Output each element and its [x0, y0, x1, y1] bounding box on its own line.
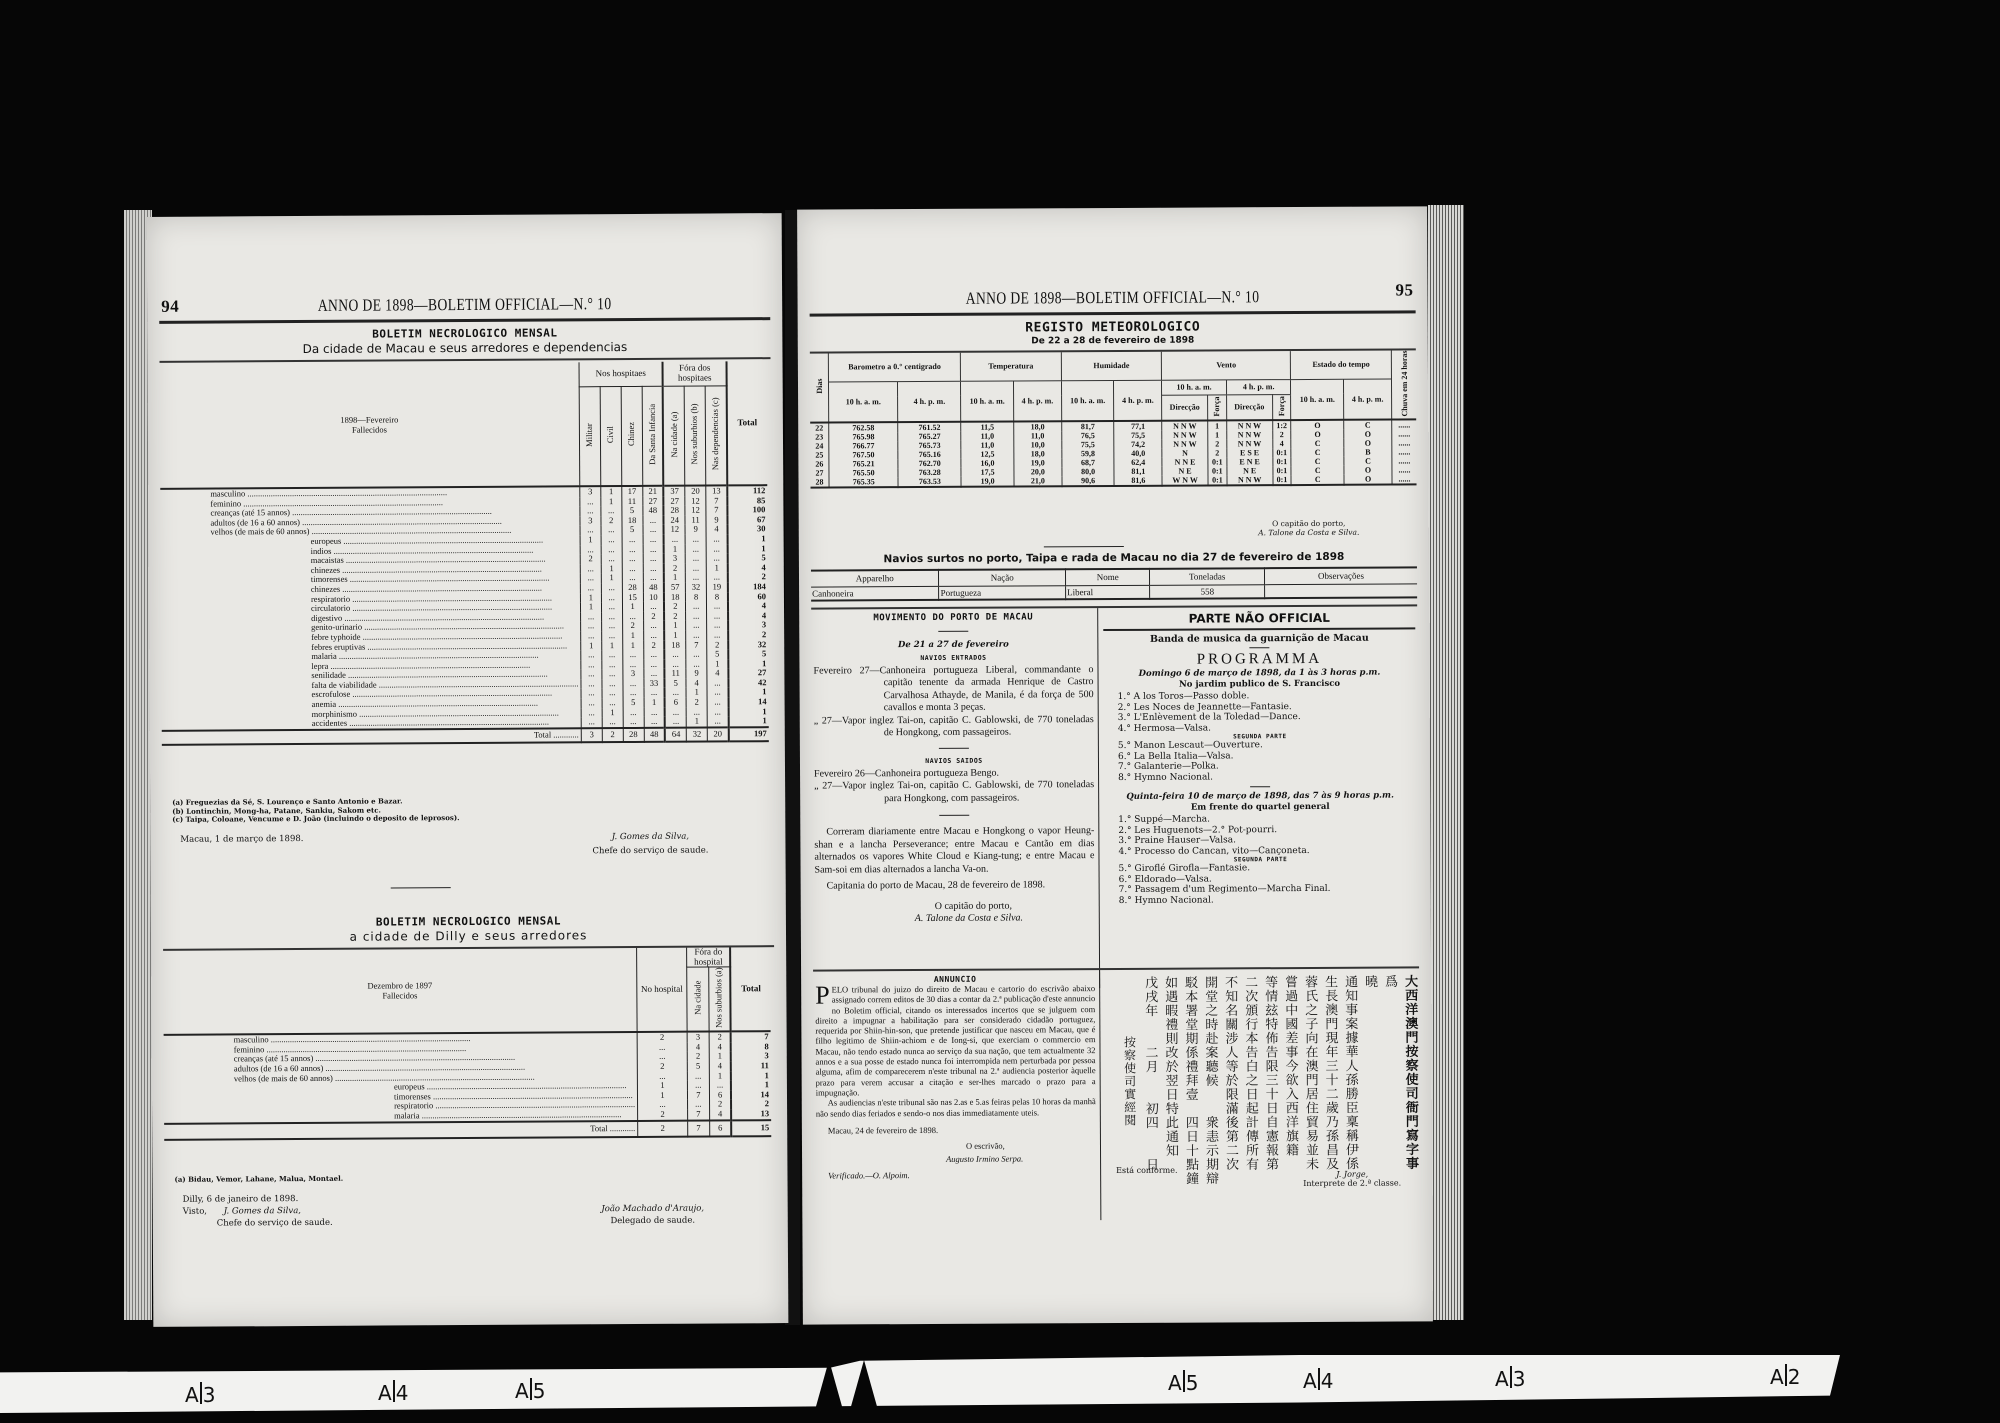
- cell-value: ...: [707, 717, 728, 728]
- meteo-cell-est-pm: B: [1344, 448, 1392, 457]
- temp-am-header: 10 h. a. m.: [961, 381, 1014, 422]
- marker-bar: [1510, 1366, 1512, 1388]
- meteo-cell-bar-am: 766.77: [829, 441, 898, 450]
- meteo-cell-f-am: 2: [1208, 448, 1227, 457]
- meteo-cell-dir-pm: N E: [1227, 466, 1273, 475]
- movimento-signature-name: A. Talone da Costa e Silva.: [815, 912, 1095, 926]
- meteo-signature: O capitão do porto, A. Talone da Costa e…: [1199, 518, 1419, 537]
- meteo-cell-temp-am: 12,5: [961, 450, 1014, 459]
- meteo-cell-hum-am: 80,0: [1062, 467, 1115, 476]
- total-value: 32: [686, 727, 707, 741]
- chinese-column: 二次頒行本告白之日起計傳所有: [1241, 975, 1258, 1200]
- col-no-hospital: No hospital: [637, 948, 687, 1033]
- necro-macau-table: 1898—Fevereiro Fallecidos Nos hospitaes …: [160, 361, 769, 746]
- meteo-cell-bar-pm: 765.16: [898, 450, 961, 459]
- voyage-text: Vapor inglez Tai-on, capitão C. Gablowsk…: [842, 779, 1094, 804]
- meteo-signature-name: A. Talone da Costa e Silva.: [1199, 527, 1419, 537]
- total-value: 64: [665, 728, 686, 742]
- meteo-cell-bar-pm: 763.53: [898, 477, 961, 487]
- chinese-column: 等情玆特佈告限三十日自憲報第: [1261, 975, 1278, 1200]
- meteo-cell-bar-am: 762.58: [829, 422, 898, 432]
- meteo-cell-bar-pm: 763.28: [898, 468, 961, 477]
- total-value: 2: [602, 728, 623, 742]
- voyage-date: „ 27—: [814, 780, 842, 791]
- annuncio-paragraph1: PELO tribunal do juizo do direito de Mac…: [815, 983, 1096, 1098]
- section-divider: [1044, 546, 1124, 547]
- page-number: 94: [161, 297, 179, 317]
- voyage-entry: „ 27—Vapor inglez Tai-on, capitão C. Gab…: [814, 779, 1094, 805]
- meteo-cell-dir-am: N N W: [1162, 421, 1208, 431]
- running-header-right: ANNO DE 1898—BOLETIM OFFICIAL—N.° 10 95: [798, 286, 1428, 311]
- row-total: 1: [729, 716, 769, 727]
- meteo-cell-dia: 26: [810, 460, 829, 469]
- chinese-column: 生長澳門現年三十二歲乃孫昌及: [1321, 975, 1338, 1200]
- total-value: 6: [709, 1120, 731, 1136]
- dir-pm-header: Direcção: [1226, 394, 1272, 420]
- col-estado: Estado do tempo: [1291, 351, 1392, 380]
- total-row: Total ............27615: [164, 1120, 771, 1140]
- column-divider: [1099, 970, 1101, 1220]
- hum-pm-header: 4 h. p. m.: [1114, 380, 1162, 421]
- concert2-part1: 1.° Suppé—Marcha.2.° Les Huguenots—2.° P…: [1104, 813, 1416, 857]
- group-header-outside: Fóra dos hospitaes: [663, 361, 727, 385]
- marker-number: 4: [1321, 1369, 1334, 1393]
- marker-bar: [1318, 1368, 1320, 1390]
- program-item: 8.° Hymno Nacional.: [1104, 771, 1416, 783]
- film-marker: A4: [1303, 1368, 1333, 1393]
- meteo-cell-temp-pm: 20,0: [1014, 467, 1062, 476]
- saidos-list: Fevereiro 26—Canhoneira portugueza Bengo…: [814, 767, 1094, 806]
- meteo-cell-hum-am: 90,6: [1062, 476, 1115, 486]
- strip-notch: [815, 1360, 843, 1410]
- meteo-cell-f-am: 1: [1208, 420, 1227, 430]
- concert2-when: Quinta-feira 10 de março de 1898, das 7 …: [1104, 790, 1416, 802]
- film-marker: A5: [515, 1378, 545, 1403]
- meteo-cell-bar-pm: 761.52: [898, 422, 961, 432]
- meteo-cell-hum-pm: 74,2: [1114, 440, 1162, 449]
- meteo-cell-dir-am: N N E: [1162, 458, 1208, 467]
- cell-value: ...: [623, 717, 644, 728]
- voyage-text: Canhoneira portugueza Bengo.: [875, 767, 999, 779]
- total-label: Total ............: [162, 728, 582, 745]
- running-header-left: 94 ANNO DE 1898—BOLETIM OFFICIAL—N.° 10: [147, 293, 782, 319]
- col-militar: Militar: [585, 423, 595, 447]
- marker-letter: A: [1495, 1367, 1509, 1391]
- dir-am-header: Direcção: [1162, 395, 1208, 421]
- concert1-when: Domingo 6 de março de 1898, da 1 às 3 ho…: [1103, 667, 1415, 679]
- marker-letter: A: [1770, 1365, 1784, 1389]
- necro-macau-rows: masculino311721372013112feminino...11127…: [160, 485, 769, 745]
- row-label-text: anemia: [312, 698, 538, 709]
- movimento-title: MOVIMENTO DO PORTO DE MACAU: [813, 612, 1093, 623]
- visto-role: Chefe do serviço de saude.: [217, 1218, 333, 1229]
- marker-bar: [1785, 1364, 1787, 1386]
- meteo-cell-est-pm: O: [1344, 466, 1392, 475]
- divider: [938, 631, 968, 632]
- meteo-cell-est-am: C: [1291, 439, 1344, 448]
- meteo-cell-f-pm: 1:2: [1272, 420, 1291, 430]
- movimento-section: MOVIMENTO DO PORTO DE MACAU De 21 a 27 d…: [813, 612, 1095, 926]
- cell-value: 4: [709, 1109, 731, 1120]
- col-civil: Civil: [606, 426, 616, 443]
- row-total: 13: [732, 1109, 772, 1120]
- meteo-cell-bar-pm: 765.73: [898, 441, 961, 450]
- stub-header: 1898—Fevereiro Fallecidos: [160, 362, 580, 489]
- meteo-cell-f-pm: 4: [1272, 439, 1291, 448]
- meteo-cell-est-pm: C: [1344, 420, 1392, 430]
- entrados-title: NAVIOS ENTRADOS: [813, 653, 1093, 662]
- meteo-cell-dir-am: N E: [1162, 467, 1208, 476]
- meteo-cell-temp-am: 11,5: [961, 422, 1014, 432]
- meteo-cell-chuva: ......: [1392, 465, 1417, 474]
- estado-am-header: 10 h. a. m.: [1291, 379, 1344, 420]
- voyage-entry: Fevereiro 27—Canhoneira portugueza Liber…: [813, 664, 1093, 715]
- cell-value: 2: [638, 1110, 688, 1121]
- meteo-subtitle: De 22 a 28 de fevereiro de 1898: [798, 334, 1428, 347]
- total-value: 2: [638, 1120, 688, 1136]
- meteo-cell-temp-am: 11,0: [961, 441, 1014, 450]
- film-marker: A4: [378, 1380, 408, 1405]
- row-label-text: masculino: [210, 487, 447, 498]
- chinese-column: 蓉氏之子向在澳門居住貿易並未: [1301, 975, 1318, 1200]
- meteo-cell-f-am: 2: [1208, 439, 1227, 448]
- programma-title: PROGRAMMA: [1103, 650, 1415, 669]
- grand-total: 197: [729, 727, 769, 741]
- chinese-column: 曉: [1361, 975, 1378, 1200]
- concert1-part2: 5.° Manon Lescaut—Ouverture.6.° La Bella…: [1104, 739, 1416, 783]
- meteo-cell-dia: 27: [810, 469, 829, 478]
- meteo-cell-dia: 23: [810, 433, 829, 442]
- film-marker: A3: [1495, 1366, 1525, 1391]
- chinese-column: 通知事案據華人孫勝臣稟稱伊係: [1341, 975, 1358, 1200]
- cell-value: ...: [665, 717, 686, 728]
- ship-nacao: Portugueza: [939, 585, 1066, 600]
- meteo-cell-f-pm: 0:1: [1272, 457, 1291, 466]
- page-number: 95: [1395, 280, 1413, 300]
- meteo-cell-est-am: C: [1291, 475, 1344, 485]
- necro-dilly-footnote: (a) Bidau, Vemor, Lahane, Malua, Montael…: [174, 1174, 343, 1186]
- total-value: 20: [707, 727, 728, 741]
- meteo-cell-hum-am: 68,7: [1062, 458, 1115, 467]
- meteo-cell-hum-pm: 77,1: [1114, 421, 1162, 431]
- meteo-cell-hum-pm: 81,1: [1114, 467, 1162, 476]
- total-value: 28: [623, 728, 644, 742]
- meteo-cell-chuva: ......: [1392, 447, 1417, 456]
- col-chinez: Chinez: [627, 422, 637, 446]
- meteo-cell-est-am: C: [1291, 466, 1344, 475]
- meteo-cell-dir-am: N N W: [1162, 431, 1208, 440]
- vento-pm-header: 4 h. p. m.: [1226, 379, 1291, 394]
- meteo-cell-est-pm: C: [1344, 457, 1392, 466]
- chinese-column: 爲: [1381, 975, 1398, 1200]
- parte-title: PARTE NÃO OFFICIAL: [1103, 610, 1415, 626]
- necro-macau-subtitle: Da cidade de Macau e seus arredores e de…: [147, 339, 782, 357]
- film-strip: [0, 1355, 1840, 1413]
- movimento-period: De 21 a 27 de fevereiro: [813, 639, 1093, 651]
- section-divider: [391, 887, 451, 888]
- concert1-part1: 1.° A los Toros—Passo doble.2.° Les Noce…: [1104, 690, 1416, 734]
- strip-notch: [850, 1360, 878, 1410]
- chinese-notice: 大西洋澳門按察使司衙門寫字事爲曉通知事案據華人孫勝臣稟稱伊係生長澳門現年三十二歲…: [1103, 974, 1418, 1216]
- right-page: ANNO DE 1898—BOLETIM OFFICIAL—N.° 10 95 …: [797, 206, 1433, 1324]
- col-na-cidade: Na cidade (a): [669, 411, 679, 457]
- hum-am-header: 10 h. a. m.: [1061, 380, 1114, 421]
- meteo-cell-est-am: C: [1291, 457, 1344, 466]
- necro-dilly-place-date: Dilly, 6 de janeiro de 1898.: [183, 1194, 299, 1205]
- interprete-signature: J. Jorge, Interprete de 2.ª classe.: [1292, 1169, 1412, 1188]
- chinese-signature: 按察使司實經閱: [1121, 1036, 1138, 1201]
- concert1-where: No jardim publico de S. Francisco: [1104, 678, 1416, 690]
- entrados-list: Fevereiro 27—Canhoneira portugueza Liber…: [813, 664, 1093, 740]
- col-humidade: Humidade: [1061, 352, 1162, 381]
- temp-pm-header: 4 h. p. m.: [1013, 380, 1061, 421]
- total-value: 7: [688, 1120, 710, 1136]
- marker-number: 5: [1186, 1371, 1199, 1395]
- marker-letter: A: [378, 1381, 392, 1405]
- necro-dilly-subtitle: a cidade de Dilly e seus arredores: [151, 927, 786, 945]
- interprete-role: Interprete de 2.ª classe.: [1292, 1178, 1412, 1188]
- meteo-cell-dir-pm: N N W: [1227, 420, 1273, 430]
- left-page: 94 ANNO DE 1898—BOLETIM OFFICIAL—N.° 10 …: [147, 213, 789, 1327]
- necro-macau-place-date: Macau, 1 de março de 1898.: [180, 834, 303, 845]
- meteo-cell-dir-pm: E S E: [1227, 448, 1273, 457]
- divider: [1249, 647, 1269, 648]
- marker-bar: [200, 1382, 202, 1404]
- meteo-cell-hum-pm: 62,4: [1114, 458, 1162, 467]
- voyage-entry: „ 27—Vapor inglez Tai-on, capitão C. Gab…: [814, 714, 1094, 740]
- voyage-date: „ 27—: [814, 715, 842, 726]
- concert2-where: Em frente do quartel general: [1104, 801, 1416, 813]
- rule: [1103, 627, 1415, 631]
- film-marker: A2: [1770, 1364, 1800, 1389]
- meteo-cell-hum-am: 75,5: [1062, 440, 1115, 449]
- dilly-group-header: Fóra do hospital: [687, 947, 731, 967]
- meteo-cell-temp-am: 16,0: [961, 459, 1014, 468]
- col-observacoes: Observações: [1264, 567, 1417, 584]
- program-item: 8.° Hymno Nacional.: [1105, 894, 1417, 906]
- annuncio-place-date: Macau, 24 de fevereiro de 1898.: [816, 1123, 1096, 1137]
- total-value: 3: [581, 728, 602, 742]
- divider: [939, 747, 969, 748]
- running-head-title: ANNO DE 1898—BOLETIM OFFICIAL—N.° 10: [861, 287, 1365, 310]
- group-header-hospitals: Nos hospitaes: [579, 362, 663, 387]
- necro-macau-signature-role: Chefe do serviço de saude.: [550, 845, 750, 857]
- chinese-column: 嘗過中國差事今欲入西洋旗籍: [1281, 975, 1298, 1200]
- meteo-cell-hum-pm: 81,6: [1114, 476, 1162, 486]
- concert2-part2: 5.° Giroflé Girofla—Fantasie.6.° Eldorad…: [1105, 862, 1417, 906]
- meteo-cell-est-pm: O: [1344, 475, 1392, 485]
- annuncio-verified: Verificado.—O. Alpoim.: [816, 1168, 1096, 1182]
- banda-title: Banda de musica da guarnição de Macau: [1103, 632, 1415, 645]
- voyage-date: Fevereiro 27—: [813, 665, 879, 676]
- row-label-text: lepra: [311, 660, 530, 671]
- row-label-text: feminino: [210, 497, 443, 508]
- vento-am-header: 10 h. a. m.: [1162, 379, 1227, 394]
- marker-bar: [530, 1378, 532, 1400]
- marker-number: 2: [1788, 1365, 1801, 1389]
- chinese-column: 駁本署堂期係禮拜壹 四日十點鐘: [1181, 976, 1198, 1201]
- marker-number: 5: [533, 1379, 546, 1403]
- meteo-cell-f-am: 0:1: [1208, 475, 1227, 485]
- dilly-total-header: Total: [731, 947, 771, 1031]
- voyage-date: Fevereiro 26—: [814, 768, 875, 779]
- meteo-rows: 22762.58761.5211,518,081,777,1N N W1N N …: [810, 419, 1416, 487]
- necro-macau-signature-name: J. Gomes da Silva,: [550, 831, 750, 843]
- meteo-cell-temp-pm: 18,0: [1014, 449, 1062, 458]
- meteo-cell-f-pm: 0:1: [1273, 475, 1292, 485]
- meteo-cell-dir-am: N N W: [1162, 440, 1208, 449]
- meteo-cell-est-am: C: [1291, 448, 1344, 457]
- meteo-cell-bar-am: 765.21: [829, 459, 898, 468]
- meteo-cell-temp-pm: 10,0: [1014, 440, 1062, 449]
- meteo-row: 28765.35763.5319,021,090,681,6W N W0:1N …: [810, 474, 1416, 487]
- meteo-cell-f-am: 1: [1208, 430, 1227, 439]
- movimento-place-date: Capitania do porto de Macau, 28 de fever…: [815, 879, 1095, 893]
- meteo-cell-chuva: ......: [1392, 438, 1417, 447]
- marker-number: 4: [396, 1381, 409, 1405]
- meteo-cell-dir-pm: N N W: [1227, 439, 1273, 448]
- necro-macau-footnotes: (a) Freguezias da Sé, S. Lourenço e Sant…: [172, 797, 459, 824]
- meteo-cell-est-pm: O: [1344, 439, 1392, 448]
- estado-pm-header: 4 h. p. m.: [1344, 379, 1392, 420]
- meteo-cell-hum-am: 81,7: [1061, 421, 1114, 431]
- col-dilly-suburbios: Nos suburbios (a): [714, 968, 724, 1029]
- meteo-cell-dia: 24: [810, 442, 829, 451]
- ship-obs: [1265, 583, 1418, 598]
- col-chuva: Chuva em 24 horas: [1399, 350, 1408, 416]
- footnote-c: (c) Taipa, Coloane, Vencume e D. João (i…: [172, 814, 459, 824]
- meteo-cell-hum-pm: 40,0: [1114, 449, 1162, 458]
- row-label-text: indios: [311, 545, 534, 556]
- forca-am-header: Força: [1212, 396, 1221, 416]
- col-dependencias: Nas dependencias (c): [711, 398, 721, 471]
- section-rule: [811, 604, 1417, 609]
- saidos-title: NAVIOS SAIDOS: [814, 756, 1094, 765]
- col-toneladas: Toneladas: [1150, 568, 1265, 585]
- meteo-cell-bar-am: 765.50: [829, 468, 898, 477]
- column-divider: [1097, 608, 1100, 988]
- meteo-cell-temp-pm: 21,0: [1014, 476, 1062, 486]
- meteo-cell-chuva: ......: [1392, 429, 1417, 438]
- ship-row: Canhoneira Portugueza Liberal 558: [811, 583, 1417, 600]
- meteo-cell-dir-am: W N W: [1162, 476, 1208, 486]
- meteo-cell-bar-am: 767.50: [829, 450, 898, 459]
- meteo-cell-dir-am: N: [1162, 449, 1208, 458]
- marker-letter: A: [515, 1379, 529, 1403]
- meteo-cell-f-pm: 0:1: [1272, 448, 1291, 457]
- col-vento: Vento: [1162, 351, 1291, 380]
- ships-title: Navios surtos no porto, Taipa e rada de …: [799, 550, 1429, 565]
- ship-toneladas: 558: [1150, 584, 1265, 599]
- meteo-cell-dia: 28: [810, 478, 829, 488]
- running-head-title: ANNO DE 1898—BOLETIM OFFICIAL—N.° 10: [211, 293, 719, 316]
- meteo-cell-f-am: 0:1: [1208, 457, 1227, 466]
- meteo-cell-hum-am: 76,5: [1061, 431, 1114, 440]
- meteo-cell-est-pm: O: [1344, 430, 1392, 439]
- ship-nome: Liberal: [1066, 585, 1150, 599]
- cell-value: 1: [686, 717, 707, 728]
- meteo-cell-temp-am: 11,0: [961, 432, 1014, 441]
- meteo-cell-hum-am: 59,8: [1062, 449, 1115, 458]
- header-rule: [810, 310, 1416, 316]
- total-header: Total: [726, 361, 767, 485]
- book-page-edge-right: [1428, 205, 1464, 1320]
- meteo-cell-chuva: ......: [1392, 419, 1417, 429]
- col-santa-infancia: Da Santa Infancia: [647, 404, 657, 465]
- meteo-cell-bar-pm: 765.27: [898, 432, 961, 441]
- meteo-cell-temp-pm: 11,0: [1014, 431, 1062, 440]
- meteo-cell-f-pm: 0:1: [1272, 466, 1291, 475]
- ship-apparelho: Canhoneira: [811, 586, 939, 601]
- voyage-text: Canhoneira portugueza Liberal, commandan…: [880, 664, 1094, 714]
- meteo-cell-temp-am: 17,5: [961, 468, 1014, 477]
- dilly-stub-header: Dezembro de 1897 Fallecidos: [163, 948, 637, 1035]
- cell-value: ...: [644, 717, 665, 728]
- ships-table: Apparelho Nação Nome Toneladas Observaçõ…: [811, 566, 1417, 601]
- annuncio-signature-name: Augusto Irmino Serpa.: [816, 1152, 1096, 1166]
- chinese-column: 開堂之時赴案聽候 衆恚示期辯: [1201, 975, 1218, 1200]
- col-dilly-na-cidade: Na cidade: [693, 981, 703, 1015]
- forca-pm-header: Força: [1277, 396, 1286, 416]
- col-apparelho: Apparelho: [811, 570, 939, 587]
- meteo-cell-temp-am: 19,0: [961, 477, 1014, 487]
- meteo-cell-est-am: O: [1291, 420, 1344, 430]
- divider: [1250, 786, 1270, 787]
- annuncio-section: ANNUNCIO PELO tribunal do juizo do direi…: [815, 974, 1096, 1182]
- row-label-text: malaria: [394, 1110, 621, 1120]
- visto-label: Visto,: [183, 1207, 207, 1217]
- divider: [939, 815, 969, 816]
- meteo-cell-est-am: O: [1291, 430, 1344, 439]
- meteo-cell-bar-am: 765.98: [829, 432, 898, 441]
- marker-bar: [393, 1380, 395, 1402]
- meteo-cell-dia: 22: [810, 423, 829, 433]
- total-label: Total ............: [164, 1121, 638, 1140]
- meteo-cell-dir-pm: N N W: [1227, 475, 1273, 485]
- meteo-cell-temp-pm: 19,0: [1014, 458, 1062, 467]
- row-label-text: malaria: [311, 650, 538, 661]
- total-row: Total ............322848643220197: [162, 727, 769, 745]
- annuncio-text: ELO tribunal do juizo do direito de Maca…: [815, 983, 1095, 1097]
- meteo-cell-f-pm: 2: [1272, 430, 1291, 439]
- meteo-cell-hum-pm: 75,5: [1114, 431, 1162, 440]
- col-temperatura: Temperatura: [961, 352, 1062, 381]
- necro-dilly-visto: Visto, J. Gomes da Silva,: [183, 1206, 301, 1217]
- col-nacao: Nação: [939, 569, 1066, 586]
- cell-value: 7: [688, 1110, 710, 1121]
- row-label-text: masculino: [234, 1033, 471, 1044]
- necro-dilly-signature-role: Delegado de saude.: [553, 1215, 753, 1227]
- meteo-cell-dia: 25: [810, 451, 829, 460]
- marker-letter: A: [1168, 1371, 1182, 1395]
- chinese-column: 不知名關涉人等於限滿後第二次: [1221, 975, 1238, 1200]
- movimento-paragraph: Correram diariamente entre Macau e Hongk…: [814, 825, 1094, 876]
- col-suburbios: Nos suburbios (b): [690, 404, 700, 465]
- marker-bar: [1183, 1370, 1185, 1392]
- parte-nao-official-section: PARTE NÃO OFFICIAL Banda de musica da gu…: [1103, 610, 1417, 906]
- marker-number: 3: [203, 1383, 216, 1407]
- meteo-cell-chuva: ......: [1392, 456, 1417, 465]
- bar-am-header: 10 h. a. m.: [828, 381, 898, 422]
- necro-dilly-signature-name: João Machado d'Araujo,: [553, 1203, 753, 1215]
- voyage-text: Vapor inglez Tai-on, capitão C. Gablowsk…: [842, 714, 1094, 739]
- cell-value: ...: [602, 717, 623, 728]
- meteo-cell-bar-am: 765.35: [829, 477, 898, 487]
- marker-letter: A: [1303, 1369, 1317, 1393]
- col-dias: Dias: [814, 379, 823, 394]
- annuncio-paragraph2: As audiencias n'este tribunal são nas 2.…: [816, 1096, 1096, 1118]
- grand-total: 15: [732, 1120, 772, 1136]
